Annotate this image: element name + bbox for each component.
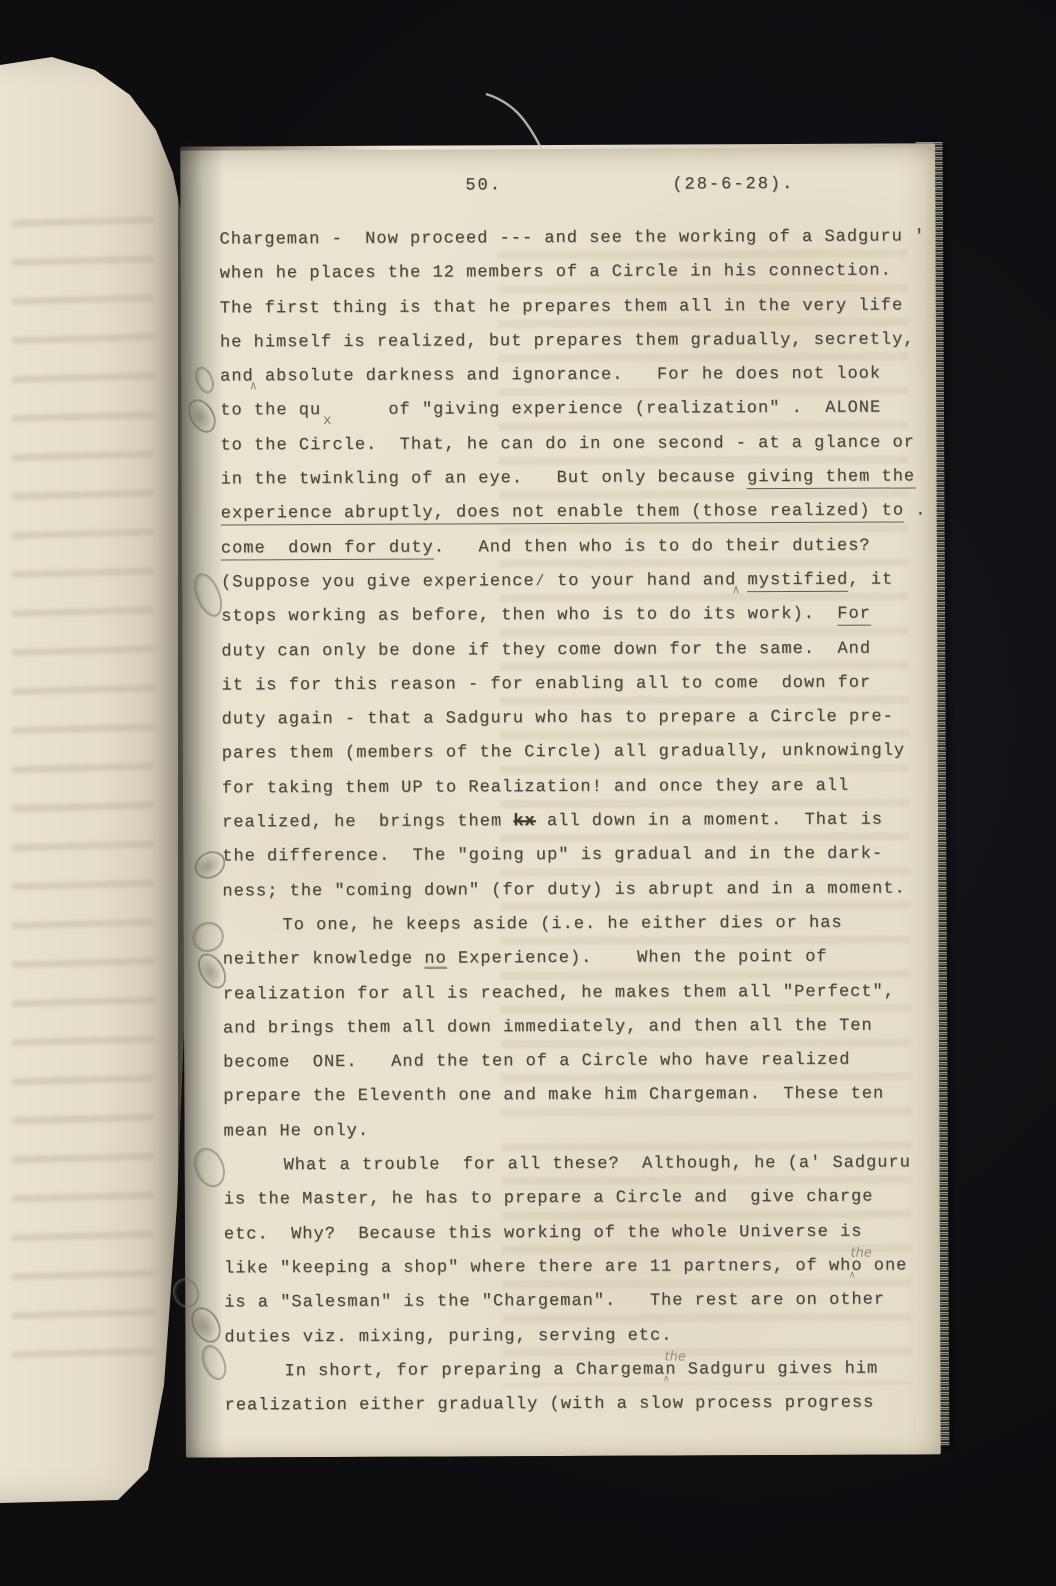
page-date: (28-6-28). [672, 175, 794, 195]
text-line: and brings them all down immediately, an… [223, 1009, 923, 1046]
book-photograph: 50. (28-6-28). Chargeman - Now proceed -… [0, 0, 1056, 1586]
text-line: prepare the Eleventh one and make him Ch… [223, 1078, 923, 1115]
text-line: the difference. The "going up" is gradua… [222, 838, 922, 875]
text-line: What a trouble for all these? Although, … [224, 1146, 924, 1183]
text-line: To one, he keeps aside (i.e. he either d… [222, 906, 922, 943]
text-line: when he places the 12 members of a Circl… [220, 255, 920, 292]
text-line: in the twinkling of an eye. But only bec… [221, 461, 921, 498]
text-line: to the Circle. That, he can do in one se… [220, 426, 920, 463]
previous-page [0, 55, 200, 1503]
text-line: experience abruptly, does not enable the… [221, 495, 921, 532]
previous-page-ghost-text [12, 205, 154, 1383]
text-line: he himself is realized, but prepares the… [220, 323, 920, 360]
text-line: come down for duty. And then who is to d… [221, 529, 921, 566]
text-line: In short, for preparing a Chargemanthe S… [224, 1352, 924, 1389]
text-line: realization for all is reached, he makes… [223, 975, 923, 1012]
text-line: is a "Salesman" is the "Chargeman". The … [224, 1284, 924, 1321]
text-line: realization either gradually (with a slo… [225, 1387, 925, 1424]
text-line: ness; the "coming down" (for duty) is ab… [222, 872, 922, 909]
text-line: and∧ absolute darkness and ignorance. Fo… [220, 358, 920, 395]
text-line: it is for this reason - for enabling all… [221, 666, 921, 703]
text-line: stops working as before, then who is to … [221, 598, 921, 635]
text-line: etc. Why? Because this working of the wh… [224, 1215, 924, 1252]
text-line: duty can only be done if they come down … [221, 632, 921, 669]
text-line: (Suppose you give experience∕ to your ha… [221, 563, 921, 600]
text-line: to the qux of "giving experience (realiz… [220, 392, 920, 429]
typewritten-text: Chargeman - Now proceed --- and see the … [219, 220, 924, 1423]
page-number: 50. [465, 176, 502, 195]
text-line: duty again - that a Sadguru who has to p… [222, 701, 922, 738]
manuscript-page: 50. (28-6-28). Chargeman - Now proceed -… [180, 146, 941, 1457]
text-line: is the Master, he has to prepare a Circl… [224, 1181, 924, 1218]
text-line: pares them (members of the Circle) all g… [222, 735, 922, 772]
text-line: for taking them UP to Realization! and o… [222, 769, 922, 806]
text-line: become ONE. And the ten of a Circle who … [223, 1044, 923, 1081]
text-line: duties viz. mixing, puring, serving etc. [224, 1318, 924, 1355]
text-line: like "keeping a shop" where there are 11… [224, 1249, 924, 1286]
text-line: The first thing is that he prepares them… [220, 289, 920, 326]
text-line: mean He only. [223, 1112, 923, 1149]
text-line: Chargeman - Now proceed --- and see the … [219, 220, 919, 257]
text-line: realized, he brings them kx all down in … [222, 803, 922, 840]
text-line: neither knowledge no Experience). When t… [223, 941, 923, 978]
binding-thread [478, 86, 568, 160]
